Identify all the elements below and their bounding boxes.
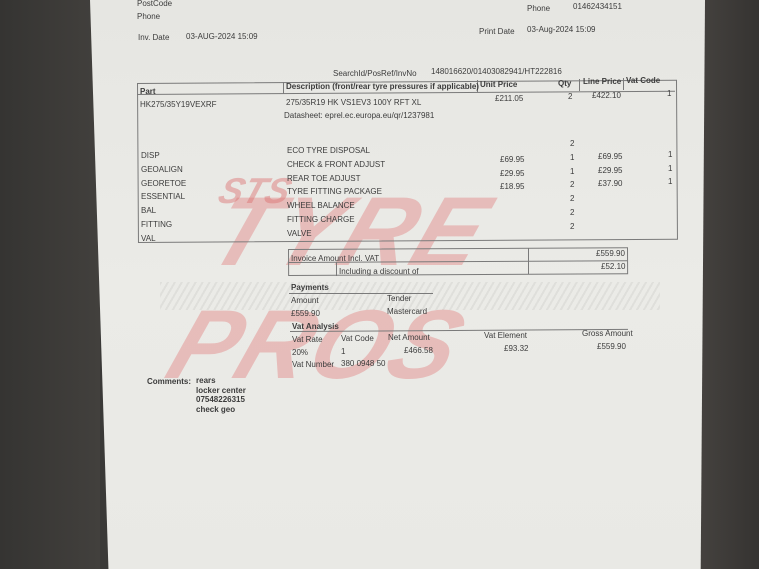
background-right — [699, 0, 759, 569]
col-header-qty: Qty — [558, 79, 571, 88]
payments-tender-value: Mastercard — [387, 307, 427, 316]
phone-label-left: Phone — [137, 12, 160, 21]
row-qty: 2 — [570, 208, 574, 217]
row-line-price: £37.90 — [598, 179, 622, 188]
payments-tender-label: Tender — [387, 294, 411, 303]
comment-line: locker center — [196, 386, 246, 396]
main-item-vat-code: 1 — [667, 89, 671, 98]
main-item-part: HK275/35Y19VEXRF — [140, 100, 217, 109]
col-header-vat-code: Vat Code — [626, 76, 660, 85]
invoice-amount-value: £559.90 — [596, 249, 625, 258]
vat-col-gross: Gross Amount — [582, 329, 633, 338]
row-vat-code: 1 — [668, 150, 672, 159]
comments-text: rears locker center 07548226315 check ge… — [196, 376, 246, 414]
vat-element-value: £93.32 — [504, 344, 528, 353]
row-unit-price: £69.95 — [500, 155, 524, 164]
row-part: GEOALIGN — [141, 165, 183, 174]
print-date-value: 03-Aug-2024 15:09 — [527, 25, 596, 34]
comment-line: 07548226315 — [196, 395, 246, 405]
vat-col-rate: Vat Rate — [292, 335, 323, 344]
comment-line: rears — [196, 376, 246, 386]
row-vat-code: 1 — [668, 164, 672, 173]
row-part: DISP — [141, 151, 160, 160]
vat-net-value: £466.58 — [404, 346, 433, 355]
row-qty: 1 — [570, 153, 574, 162]
col-header-line-price: Line Price — [583, 77, 621, 86]
vat-code-value: 1 — [341, 347, 345, 356]
row-part: ESSENTIAL — [141, 192, 185, 201]
row-description: WHEEL BALANCE — [287, 201, 355, 210]
invoice-amount-label: Invoice Amount Incl. VAT — [291, 254, 379, 263]
comment-line: check geo — [196, 405, 246, 415]
vat-gross-value: £559.90 — [597, 342, 626, 351]
vat-analysis-title: Vat Analysis — [292, 322, 339, 331]
row-qty: 1 — [570, 167, 574, 176]
vat-rate-value: 20% — [292, 348, 308, 357]
payments-title: Payments — [291, 283, 329, 292]
row-qty: 2 — [570, 180, 574, 189]
vat-col-element: Vat Element — [484, 331, 527, 340]
row-qty: 2 — [570, 222, 574, 231]
vat-number-value: 380 0948 50 — [341, 359, 386, 368]
postcode-label: PostCode — [137, 0, 172, 8]
row-unit-price: £29.95 — [500, 169, 524, 178]
row-description: FITTING CHARGE — [287, 215, 355, 224]
main-item-unit-price: £211.05 — [495, 94, 523, 103]
row-description: ECO TYRE DISPOSAL — [287, 146, 370, 155]
row-unit-price: £18.95 — [500, 182, 524, 191]
discount-value: £52.10 — [601, 262, 625, 271]
vat-col-code: Vat Code — [341, 334, 374, 343]
row-description: TYRE FITTING PACKAGE — [287, 187, 382, 196]
col-header-unit-price: Unit Price — [480, 80, 517, 89]
main-item-qty: 2 — [568, 92, 572, 101]
row-part: GEORETOE — [141, 179, 186, 188]
vat-col-net: Net Amount — [388, 333, 430, 342]
row-qty: 2 — [570, 194, 574, 203]
col-header-description: Description (front/rear tyre pressures i… — [286, 82, 479, 91]
row-part: VAL — [141, 234, 156, 243]
row-description: VALVE — [287, 229, 312, 238]
inv-date-label: Inv. Date — [138, 33, 169, 42]
main-item-datasheet: Datasheet: eprel.ec.europa.eu/qr/1237981 — [284, 111, 434, 120]
row-description: CHECK & FRONT ADJUST — [287, 160, 385, 169]
row-line-price: £69.95 — [598, 152, 622, 161]
phone-value: 01462434151 — [573, 2, 622, 11]
print-date-label: Print Date — [479, 27, 515, 36]
phone-label-right: Phone — [527, 4, 550, 13]
main-item-description: 275/35R19 HK VS1EV3 100Y RFT XL — [286, 98, 421, 107]
main-item-line-price: £422.10 — [592, 91, 621, 100]
row-qty: 2 — [570, 139, 574, 148]
search-ref-value: 148016620/01403082941/HT222816 — [431, 67, 562, 76]
background-left — [0, 0, 100, 569]
row-part: BAL — [141, 206, 156, 215]
row-part: FITTING — [141, 220, 172, 229]
vat-number-label: Vat Number — [292, 360, 334, 369]
discount-label: Including a discount of — [339, 267, 419, 276]
row-description: REAR TOE ADJUST — [287, 174, 361, 183]
search-ref-label: SearchId/PosRef/InvNo — [333, 69, 417, 78]
comments-label: Comments: — [147, 377, 191, 386]
col-header-part: Part — [140, 87, 156, 96]
payments-amount-value: £559.90 — [291, 309, 320, 318]
inv-date-value: 03-AUG-2024 15:09 — [186, 32, 258, 41]
row-vat-code: 1 — [668, 177, 672, 186]
payments-amount-label: Amount — [291, 296, 319, 305]
row-line-price: £29.95 — [598, 166, 622, 175]
